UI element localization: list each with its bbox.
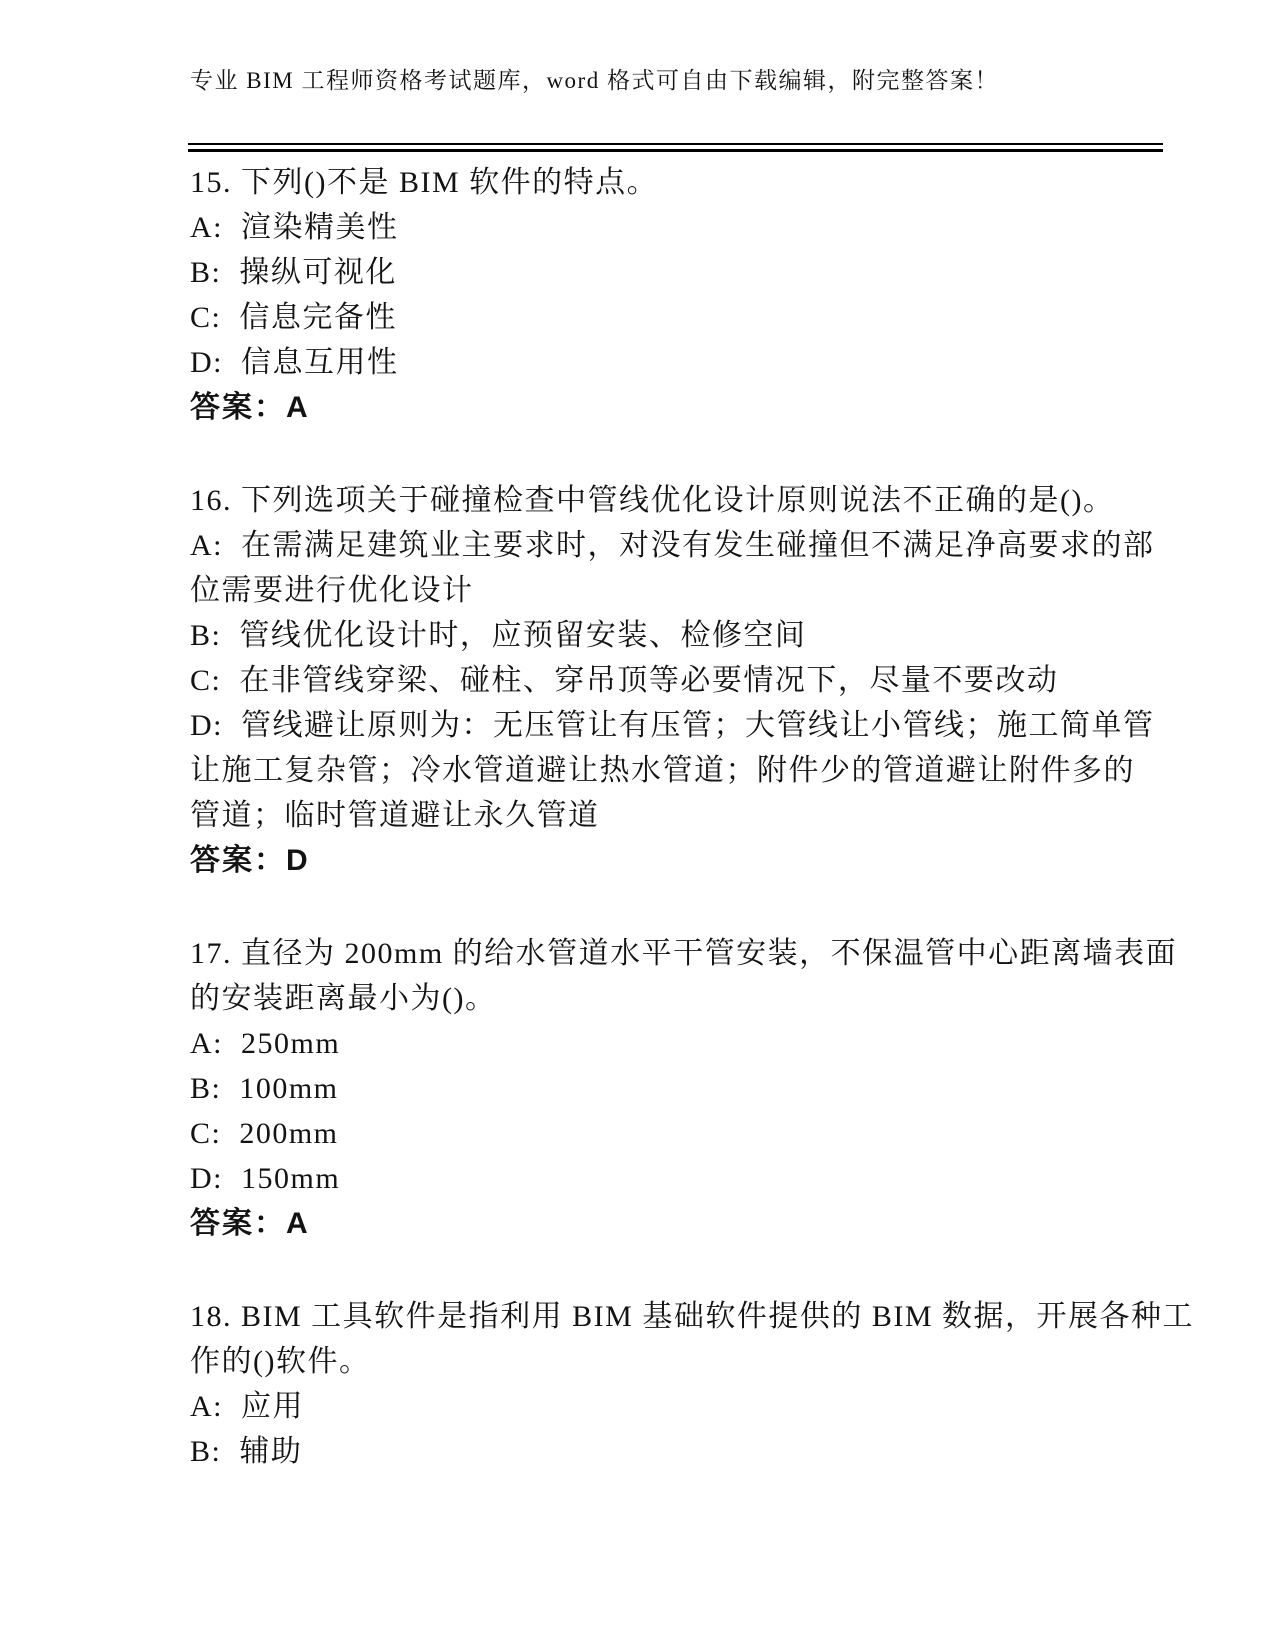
question-block-17: 17. 直径为 200mm 的给水管道水平干管安装，不保温管中心距离墙表面的安装…: [190, 931, 1175, 1246]
option-A-line: A: 250mm: [190, 1021, 1175, 1066]
question-stem-line: 17. 直径为 200mm 的给水管道水平干管安装，不保温管中心距离墙表面: [190, 931, 1175, 976]
answer-line: 答案：A: [190, 1201, 1175, 1246]
question-stem-line: 15. 下列()不是 BIM 软件的特点。: [190, 160, 1175, 205]
question-block-16: 16. 下列选项关于碰撞检查中管线优化设计原则说法不正确的是()。A: 在需满足…: [190, 478, 1175, 883]
option-D-line: D: 150mm: [190, 1156, 1175, 1201]
document-header: 专业 BIM 工程师资格考试题库，word 格式可自由下载编辑，附完整答案！: [0, 0, 1275, 152]
answer-line: 答案：D: [190, 838, 1175, 883]
option-A-line: 位需要进行优化设计: [190, 568, 1175, 613]
question-stem-line: 16. 下列选项关于碰撞检查中管线优化设计原则说法不正确的是()。: [190, 478, 1175, 523]
header-title: 专业 BIM 工程师资格考试题库，word 格式可自由下载编辑，附完整答案！: [188, 64, 1163, 98]
questions-container: 15. 下列()不是 BIM 软件的特点。A: 渲染精美性B: 操纵可视化C: …: [0, 152, 1275, 1474]
option-A-line: A: 渲染精美性: [190, 205, 1175, 250]
header-rule: [188, 143, 1163, 152]
question-stem-line: 18. BIM 工具软件是指利用 BIM 基础软件提供的 BIM 数据，开展各种…: [190, 1294, 1175, 1339]
option-C-line: C: 在非管线穿梁、碰柱、穿吊顶等必要情况下，尽量不要改动: [190, 658, 1175, 703]
option-C-line: C: 200mm: [190, 1111, 1175, 1156]
question-stem-line: 作的()软件。: [190, 1339, 1175, 1384]
option-D-line: 让施工复杂管；冷水管道避让热水管道；附件少的管道避让附件多的: [190, 748, 1175, 793]
answer-line: 答案：A: [190, 385, 1175, 430]
option-D-line: D: 信息互用性: [190, 340, 1175, 385]
option-B-line: B: 管线优化设计时，应预留安装、检修空间: [190, 613, 1175, 658]
option-C-line: C: 信息完备性: [190, 295, 1175, 340]
question-block-15: 15. 下列()不是 BIM 软件的特点。A: 渲染精美性B: 操纵可视化C: …: [190, 160, 1175, 430]
option-B-line: B: 操纵可视化: [190, 250, 1175, 295]
question-stem-line: 的安装距离最小为()。: [190, 976, 1175, 1021]
option-A-line: A: 应用: [190, 1384, 1175, 1429]
option-D-line: D: 管线避让原则为：无压管让有压管；大管线让小管线；施工简单管: [190, 703, 1175, 748]
option-B-line: B: 辅助: [190, 1429, 1175, 1474]
option-A-line: A: 在需满足建筑业主要求时，对没有发生碰撞但不满足净高要求的部: [190, 523, 1175, 568]
document-page: 专业 BIM 工程师资格考试题库，word 格式可自由下载编辑，附完整答案！ 1…: [0, 0, 1275, 1650]
option-D-line: 管道；临时管道避让永久管道: [190, 793, 1175, 838]
question-block-18: 18. BIM 工具软件是指利用 BIM 基础软件提供的 BIM 数据，开展各种…: [190, 1294, 1175, 1474]
option-B-line: B: 100mm: [190, 1066, 1175, 1111]
